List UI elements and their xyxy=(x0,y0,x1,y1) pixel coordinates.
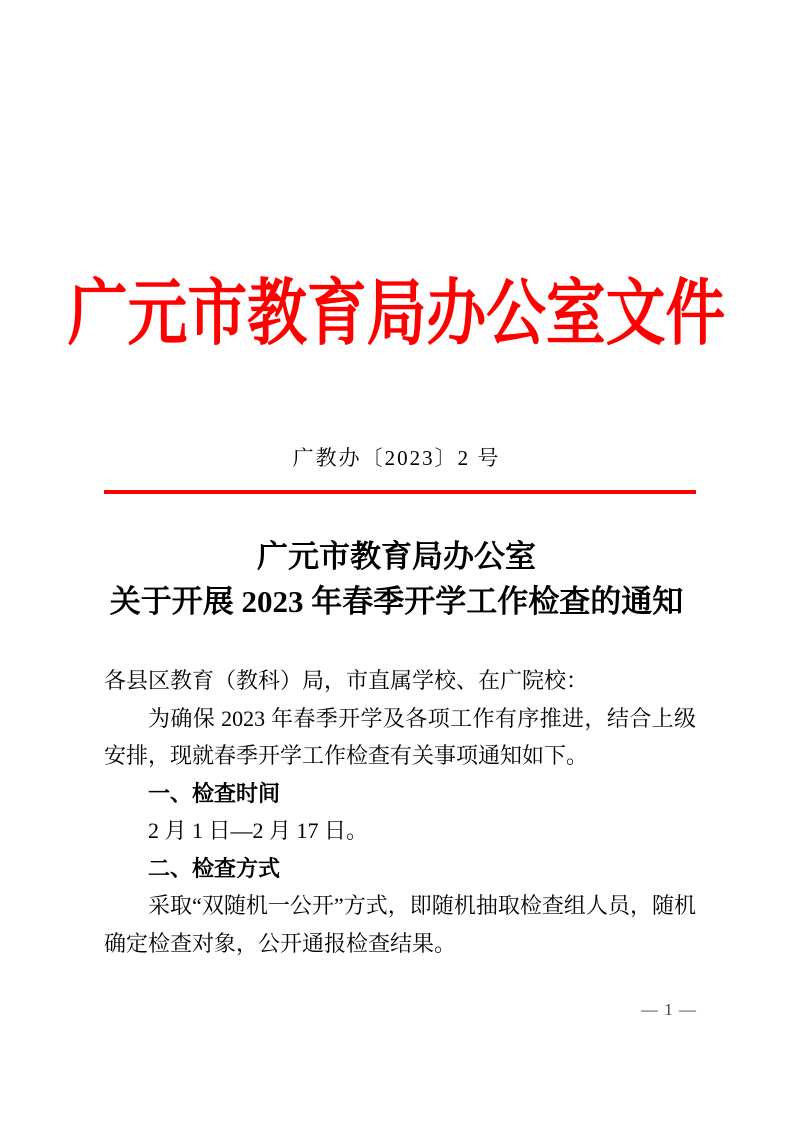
section-2-text: 采取“双随机一公开”方式，即随机抽取检查组人员，随机确定检查对象，公开通报检查结… xyxy=(104,887,696,962)
section-1-heading: 一、检查时间 xyxy=(104,775,696,813)
document-page: 广元市教育局办公室文件 广教办〔2023〕2 号 广元市教育局办公室 关于开展 … xyxy=(0,0,793,1122)
document-body: 各县区教育（教科）局，市直属学校、在广院校： 为确保 2023 年春季开学及各项… xyxy=(104,662,696,962)
page-number: — 1 — xyxy=(0,1000,793,1020)
salutation-line: 各县区教育（教科）局，市直属学校、在广院校： xyxy=(104,662,696,700)
red-divider-line xyxy=(104,490,696,494)
document-title-line2: 关于开展 2023 年春季开学工作检查的通知 xyxy=(0,579,793,624)
document-title: 广元市教育局办公室 关于开展 2023 年春季开学工作检查的通知 xyxy=(0,534,793,624)
section-2-heading: 二、检查方式 xyxy=(104,850,696,888)
red-header-banner-title: 广元市教育局办公室文件 xyxy=(67,278,725,350)
document-title-line1: 广元市教育局办公室 xyxy=(0,534,793,579)
document-number: 广教办〔2023〕2 号 xyxy=(0,444,793,472)
intro-paragraph: 为确保 2023 年春季开学及各项工作有序推进，结合上级安排，现就春季开学工作检… xyxy=(104,700,696,775)
section-1-text: 2 月 1 日—2 月 17 日。 xyxy=(104,812,696,850)
